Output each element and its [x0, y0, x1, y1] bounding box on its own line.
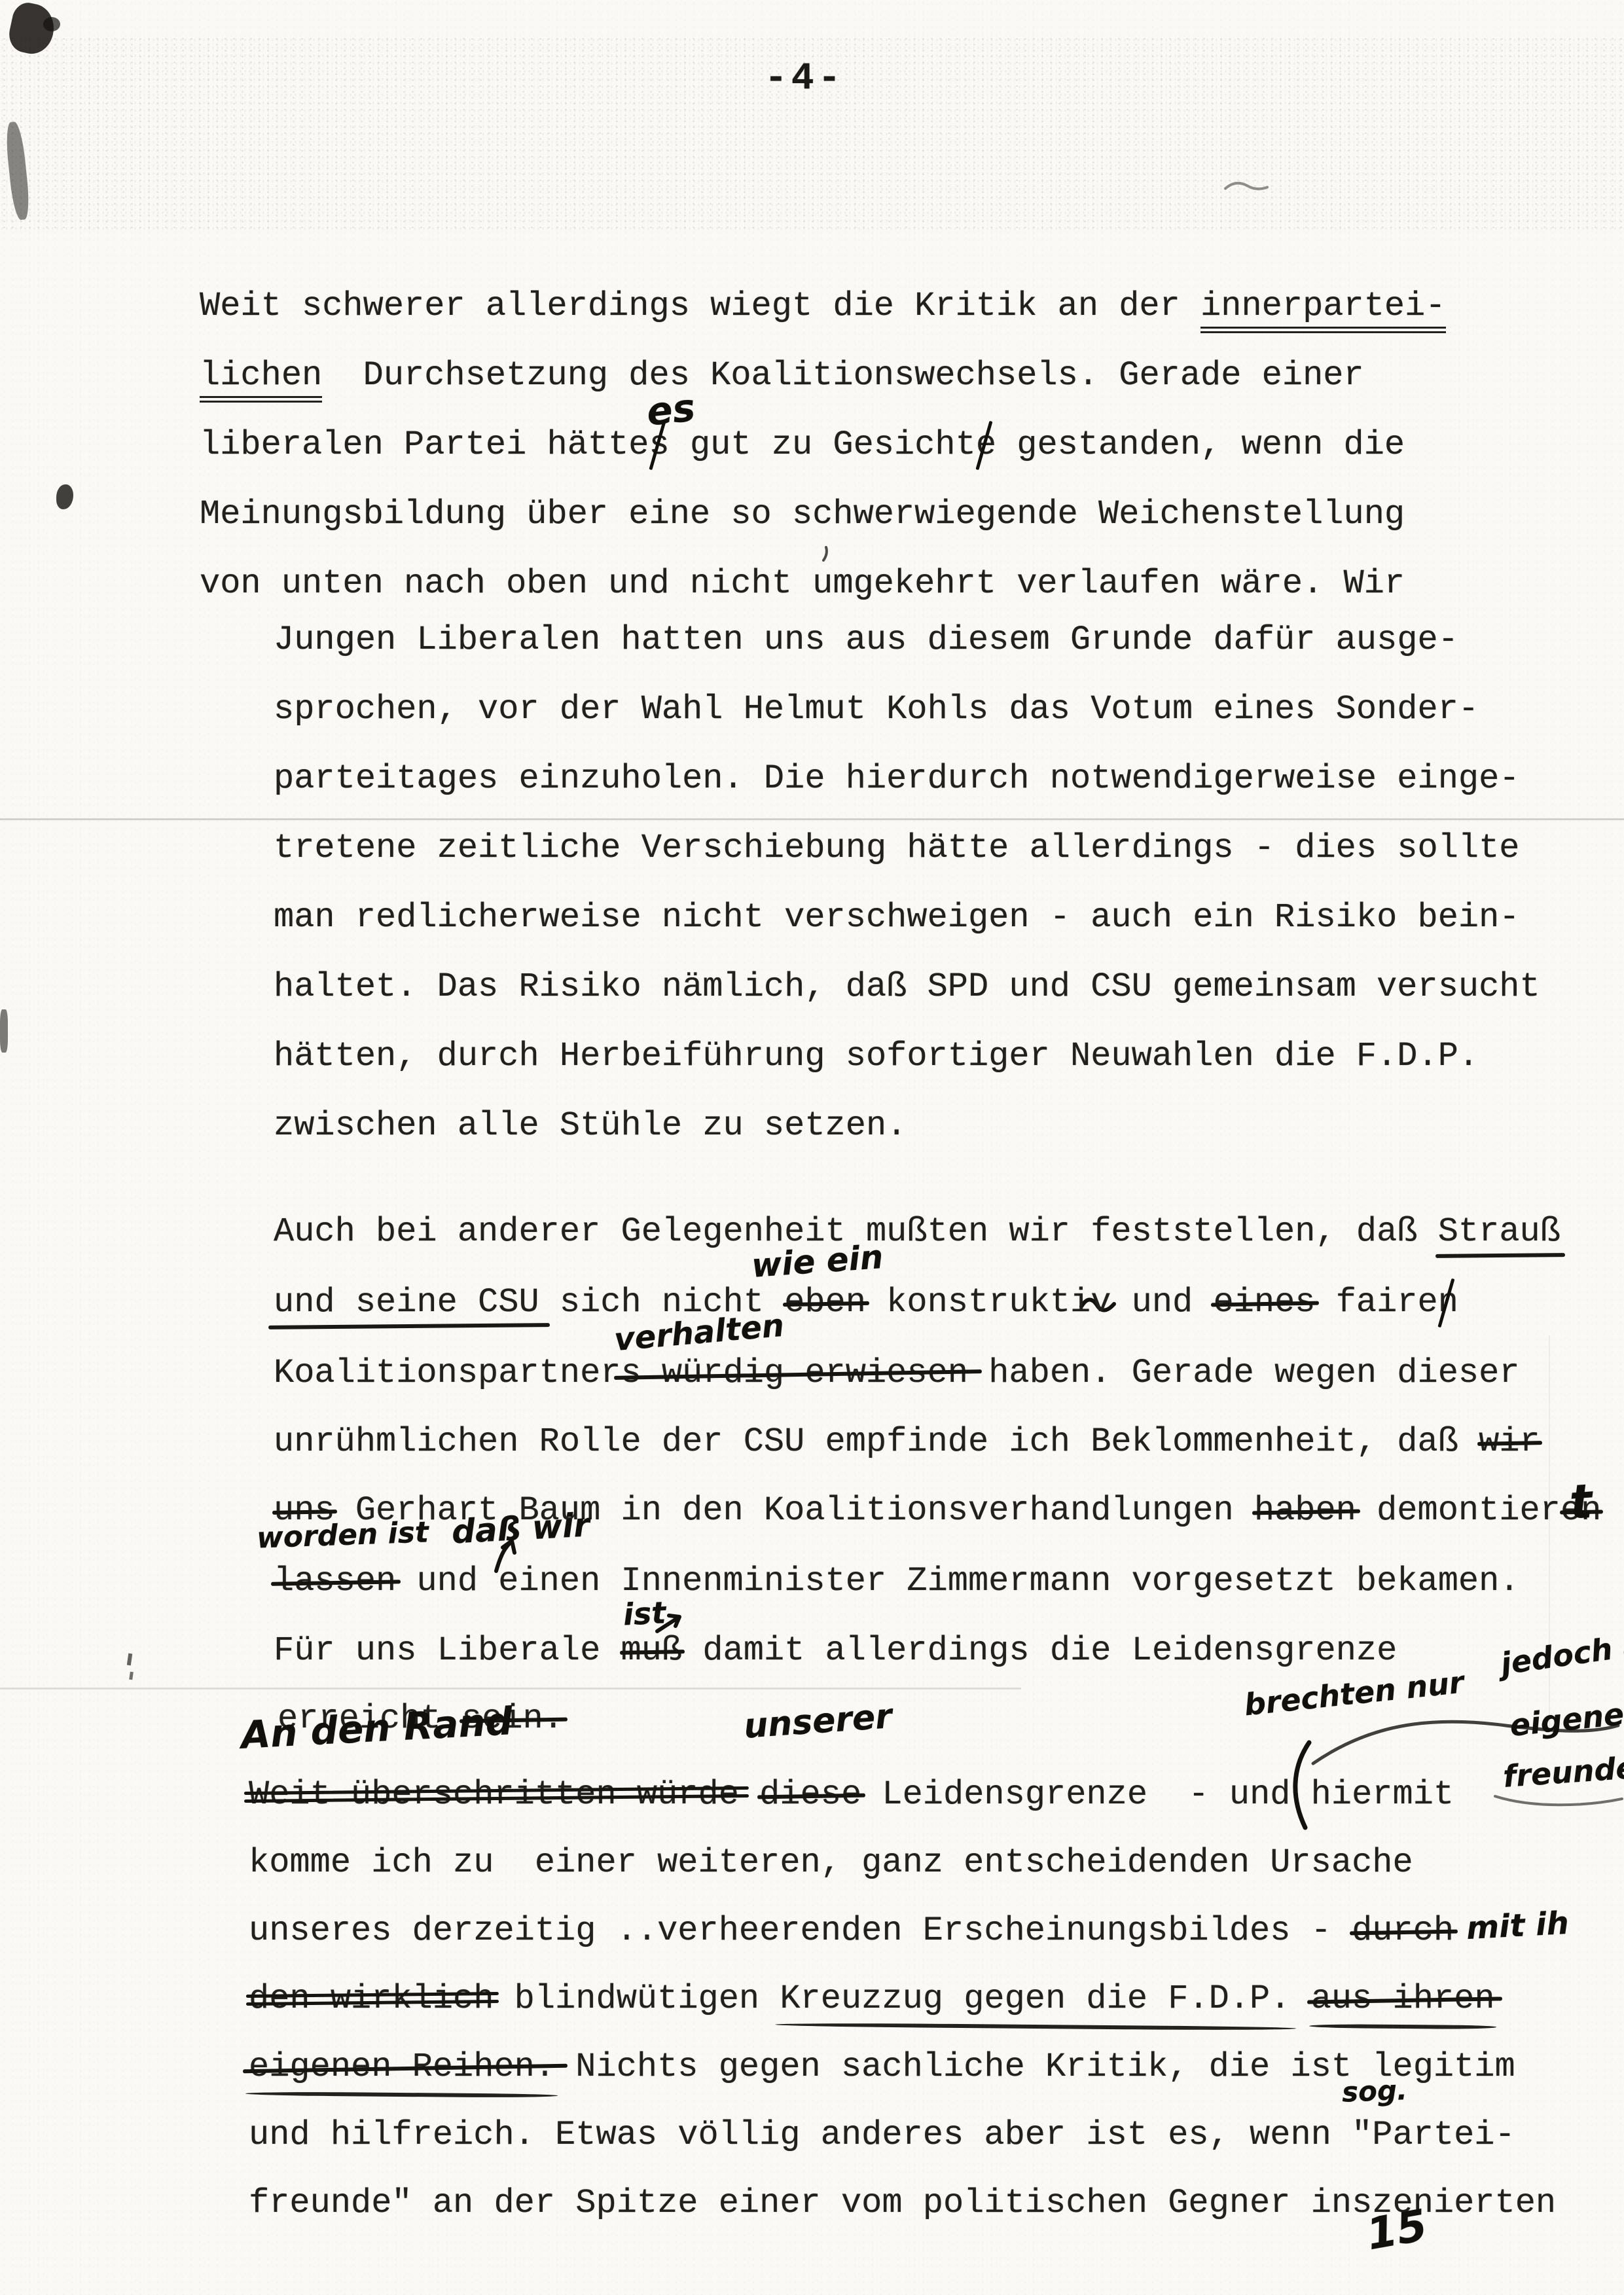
typed-line: lassen und einen Innenminister Zimmerman… — [274, 1562, 1520, 1601]
typed-segment: tretene zeitliche Verschiebung hätte all… — [274, 829, 1520, 868]
handwritten-annotation: worden ist — [256, 1515, 429, 1555]
handwritten-annotation: es — [645, 385, 698, 434]
typed-segment: faire — [1316, 1283, 1438, 1322]
typed-line: hätten, durch Herbeiführung sofortiger N… — [274, 1037, 1479, 1076]
typed-segment: haben. Gerade wegen dieser — [968, 1354, 1520, 1393]
typed-segment: Jungen Liberalen hatten uns aus diesem G… — [274, 621, 1458, 660]
handwritten-annotation: t — [1568, 1473, 1594, 1530]
typed-segment: und einen Innenminister Zimmermann vorge… — [396, 1562, 1519, 1601]
typed-line: komme ich zu einer weiteren, ganz entsch… — [249, 1843, 1413, 1883]
paper-grain-texture — [0, 0, 1624, 2295]
typed-line: Für uns Liberale muß damit allerdings di… — [274, 1631, 1397, 1671]
typed-segment: konstruktiv und — [866, 1283, 1214, 1322]
typed-line: unrühmlichen Rolle der CSU empfinde ich … — [274, 1422, 1540, 1462]
typed-segment: Für uns Liberale — [274, 1631, 621, 1671]
typed-segment-sh: diese — [759, 1775, 861, 1815]
typed-segment: Koalitionspartner — [274, 1354, 621, 1393]
handwritten-annotation: ist — [623, 1595, 667, 1632]
typed-line: Weit überschritten würde diese Leidensgr… — [249, 1775, 1454, 1815]
typed-segment-uw: Kreuzzug gegen die F.D.P. — [780, 1979, 1290, 2019]
typed-segment: hätten, durch Herbeiführung sofortiger N… — [274, 1037, 1479, 1076]
typed-line: und hilfreich. Etwas völlig anderes aber… — [249, 2116, 1515, 2155]
typed-line: tretene zeitliche Verschiebung hätte all… — [274, 829, 1520, 868]
handwritten-annotation: brechten nur — [1242, 1665, 1466, 1723]
pen-tick — [127, 1653, 132, 1666]
stray-comma-mark — [823, 547, 827, 560]
typed-line: und seine CSU sich nicht eben konstrukti… — [274, 1283, 1458, 1322]
typed-line: eigenen Reihen. Nichts gegen sachliche K… — [249, 2048, 1515, 2087]
typed-segment: von unten nach oben und nicht umgekehrt … — [200, 564, 1405, 604]
typed-line: Weit schwerer allerdings wiegt die Kriti… — [200, 287, 1446, 333]
typed-segment: und hilfreich. Etwas völlig anderes aber… — [249, 2116, 1515, 2155]
typed-segment — [1290, 1979, 1310, 2019]
handwritten-annotation: 15 — [1363, 2200, 1431, 2260]
page-number: -4- — [765, 58, 844, 100]
typed-segment-u2: innerpartei- — [1200, 287, 1445, 333]
typed-line: sprochen, vor der Wahl Helmut Kohls das … — [274, 690, 1479, 729]
typed-line: den wirklich blindwütigen Kreuzzug gegen… — [249, 1979, 1495, 2019]
typed-line: Jungen Liberalen hatten uns aus diesem G… — [274, 621, 1458, 660]
typed-line: haltet. Das Risiko nämlich, daß SPD und … — [274, 967, 1540, 1007]
typed-line: Koalitionspartners würdig erwiesen haben… — [274, 1354, 1520, 1393]
handwritten-annotation: eigene Pa — [1508, 1691, 1624, 1743]
document-page: -4- Weit schwerer allerdings wiegt die K… — [0, 0, 1624, 2295]
typed-segment: haltet. Das Risiko nämlich, daß SPD und … — [274, 967, 1540, 1007]
typed-segment-sh: eben — [784, 1283, 866, 1322]
typed-line: Auch bei anderer Gelegenheit mußten wir … — [274, 1212, 1561, 1252]
typed-segment: Weit schwerer allerdings wiegt die Kriti… — [200, 287, 1200, 326]
typed-line: Meinungsbildung über eine so schwerwiege… — [200, 495, 1405, 534]
typed-segment: freunde" an der Spitze einer vom politis… — [249, 2184, 1556, 2223]
typed-segment-sh: eines — [1213, 1283, 1315, 1322]
typed-line: freunde" an der Spitze einer vom politis… — [249, 2184, 1556, 2223]
handwritten-annotation: unserer — [742, 1697, 893, 1746]
margin-note-underline — [1495, 1796, 1622, 1805]
typed-segment: demontier — [1356, 1491, 1561, 1530]
typed-segment: man redlicherweise nicht verschweigen - … — [274, 898, 1520, 937]
scan-artifact — [43, 17, 60, 31]
scan-streak — [0, 1688, 1021, 1690]
typed-segment: zwischen alle Stühle zu setzen. — [274, 1106, 907, 1146]
typed-segment-sl: e — [976, 425, 996, 465]
handwritten-annotation: sog. — [1341, 2074, 1408, 2108]
handwritten-annotation: freunde — [1502, 1750, 1624, 1794]
typed-segment: komme ich zu einer weiteren, ganz entsch… — [249, 1843, 1413, 1883]
pen-tick — [129, 1672, 134, 1680]
typed-segment-sh: wir — [1479, 1422, 1540, 1462]
typed-segment-sl: n — [1438, 1283, 1458, 1322]
typed-segment — [739, 1775, 759, 1815]
typed-line: von unten nach oben und nicht umgekehrt … — [200, 564, 1405, 604]
scan-artifact — [56, 484, 73, 509]
typed-segment-uh: Strauß — [1438, 1212, 1561, 1252]
handwritten-annotation: daß wir — [451, 1506, 591, 1551]
typed-line: lichen Durchsetzung des Koalitionswechse… — [200, 356, 1364, 403]
typed-line: zwischen alle Stühle zu setzen. — [274, 1106, 907, 1146]
typed-segment: gestanden, wenn die — [996, 425, 1405, 465]
typed-segment-u2: lichen — [200, 356, 322, 403]
typed-line: liberalen Partei hättes gut zu Gesichte … — [200, 425, 1405, 465]
typed-segment: sprochen, vor der Wahl Helmut Kohls das … — [274, 690, 1479, 729]
typed-segment-sh: durch — [1352, 1911, 1454, 1951]
scan-streak — [0, 818, 1624, 820]
typed-segment: unseres derzeitig ..verheerenden Erschei… — [249, 1911, 1352, 1951]
typed-segment-sh: s würdig erwiesen — [621, 1354, 969, 1393]
stray-pencil-squiggle — [1225, 183, 1267, 189]
handwritten-annotation: jedoch a — [1498, 1627, 1624, 1682]
typed-line: unseres derzeitig ..verheerenden Erschei… — [249, 1911, 1454, 1951]
typed-segment: Leidensgrenze - und hiermit — [861, 1775, 1454, 1815]
typed-segment: blindwütigen — [494, 1979, 780, 2019]
handwritten-annotation: mit ih — [1466, 1905, 1570, 1947]
typed-segment: parteitages einzuholen. Die hierdurch no… — [274, 759, 1520, 799]
typed-line: man redlicherweise nicht verschweigen - … — [274, 898, 1520, 937]
typed-segment-sh-uw: aus ihren — [1311, 1979, 1495, 2019]
typed-segment: unrühmlichen Rolle der CSU empfinde ich … — [274, 1422, 1479, 1462]
typed-line: parteitages einzuholen. Die hierdurch no… — [274, 759, 1520, 799]
typed-segment-s2: den wirklich — [249, 1979, 494, 2019]
typed-segment: Durchsetzung des Koalitionswechsels. Ger… — [322, 356, 1363, 395]
typed-segment-sh: haben — [1254, 1491, 1356, 1530]
typed-segment: Meinungsbildung über eine so schwerwiege… — [200, 495, 1405, 534]
typed-segment-sh: lassen — [274, 1562, 396, 1601]
scan-artifact — [4, 121, 31, 221]
typed-segment-uh: und seine CSU — [274, 1283, 539, 1322]
pen-marks-overlay — [0, 0, 1624, 2295]
typed-segment-s2: Weit überschritten würde — [249, 1775, 739, 1815]
scan-artifact — [0, 1009, 8, 1053]
typed-segment-sh: muß — [621, 1631, 683, 1671]
typed-segment-sh-uw: eigenen Reihen. — [249, 2048, 555, 2087]
typed-segment: damit allerdings die Leidensgrenze — [682, 1631, 1397, 1671]
typed-segment: gut zu Gesicht — [670, 425, 976, 465]
typed-segment: liberalen Partei hätte — [200, 425, 649, 465]
